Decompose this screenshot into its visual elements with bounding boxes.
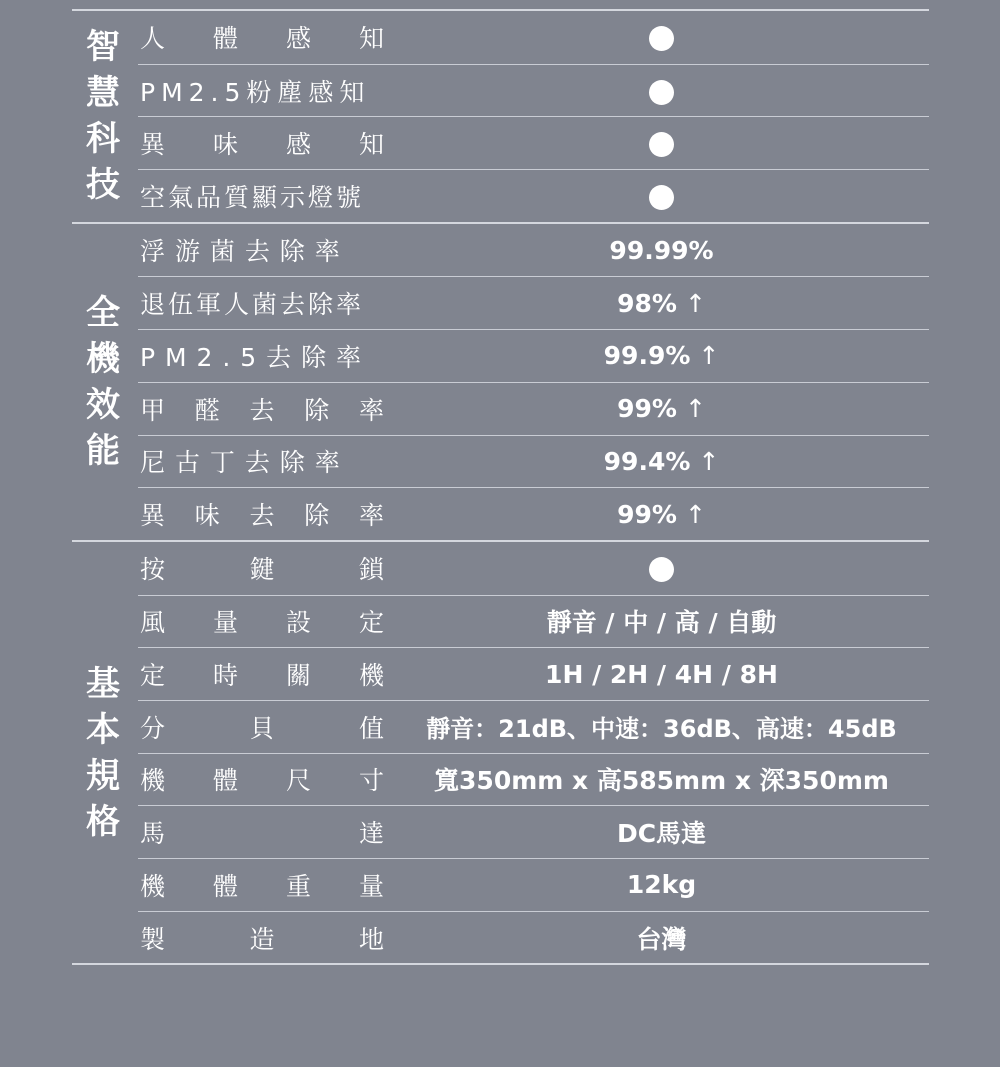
table-row: 風 量 設 定 靜音 / 中 / 高 / 自動 — [138, 595, 929, 648]
table-row: 分 貝 值 靜音：21dB、中速：36dB、高速：45dB — [138, 700, 929, 753]
section-basic-specs: 基 本 規 格 按 鍵 鎖 風 量 設 定 靜音 / 中 — [72, 542, 929, 966]
row-label: 異 味 去 除 率 — [138, 496, 384, 532]
section-performance: 全 機 效 能 浮 游 菌 去 除 率 99.99% 退伍軍人菌去除率 98%↑… — [72, 224, 929, 542]
row-label: 浮 游 菌 去 除 率 — [138, 232, 384, 268]
row-label: 定 時 關 機 — [138, 656, 384, 692]
row-value: 1H / 2H / 4H / 8H — [384, 660, 929, 689]
arrow-up-icon: ↑ — [685, 289, 706, 318]
row-value — [384, 76, 929, 105]
row-label: 尼 古 丁 去 除 率 — [138, 443, 384, 479]
supported-dot-icon — [649, 132, 674, 157]
supported-dot-icon — [649, 185, 674, 210]
arrow-up-icon: ↑ — [698, 341, 719, 370]
table-row: 尼 古 丁 去 除 率 99.4%↑ — [138, 435, 929, 488]
row-label: 空氣品質顯示燈號 — [138, 178, 384, 214]
row-value: 12kg — [384, 870, 929, 899]
supported-dot-icon — [649, 26, 674, 51]
section-title: 全 機 效 能 — [72, 224, 138, 540]
row-value: 99.4%↑ — [384, 447, 929, 476]
row-label: P M 2 . 5 去 除 率 — [138, 338, 384, 374]
supported-dot-icon — [649, 80, 674, 105]
arrow-up-icon: ↑ — [685, 394, 706, 423]
row-label: 按 鍵 鎖 — [138, 550, 384, 586]
table-row: 異 味 感 知 — [138, 116, 929, 169]
row-value — [384, 23, 929, 52]
table-row: 製 造 地 台灣 — [138, 911, 929, 964]
spec-table: 智 慧 科 技 人 體 感 知 PM2.5粉塵感知 異 — [72, 9, 929, 965]
table-row: 空氣品質顯示燈號 — [138, 169, 929, 222]
row-label: 馬 達 — [138, 814, 384, 850]
row-value: 寬350mm x 高585mm x 深350mm — [384, 761, 929, 797]
row-value: 99.99% — [384, 236, 929, 265]
row-value — [384, 129, 929, 158]
section-rows: 浮 游 菌 去 除 率 99.99% 退伍軍人菌去除率 98%↑ P M 2 .… — [138, 224, 929, 540]
table-row: 定 時 關 機 1H / 2H / 4H / 8H — [138, 647, 929, 700]
row-label: 甲 醛 去 除 率 — [138, 391, 384, 427]
row-label: 分 貝 值 — [138, 709, 384, 745]
row-value — [384, 554, 929, 583]
table-row: 馬 達 DC馬達 — [138, 805, 929, 858]
row-value: 靜音 / 中 / 高 / 自動 — [384, 603, 929, 639]
section-rows: 人 體 感 知 PM2.5粉塵感知 異 味 感 知 — [138, 11, 929, 222]
row-label: 退伍軍人菌去除率 — [138, 285, 384, 321]
row-value: 99.9%↑ — [384, 341, 929, 370]
row-label: PM2.5粉塵感知 — [138, 73, 384, 109]
row-label: 異 味 感 知 — [138, 125, 384, 161]
section-title: 智 慧 科 技 — [72, 11, 138, 222]
row-value: 99%↑ — [384, 394, 929, 423]
row-label: 人 體 感 知 — [138, 19, 384, 55]
row-value: 99%↑ — [384, 500, 929, 529]
section-rows: 按 鍵 鎖 風 量 設 定 靜音 / 中 / 高 / 自動 定 時 — [138, 542, 929, 964]
table-row: PM2.5粉塵感知 — [138, 64, 929, 117]
section-title: 基 本 規 格 — [72, 542, 138, 964]
row-value: 台灣 — [384, 920, 929, 956]
table-row: 退伍軍人菌去除率 98%↑ — [138, 276, 929, 329]
row-label: 機 體 尺 寸 — [138, 761, 384, 797]
table-row: P M 2 . 5 去 除 率 99.9%↑ — [138, 329, 929, 382]
row-label: 風 量 設 定 — [138, 603, 384, 639]
table-row: 機 體 重 量 12kg — [138, 858, 929, 911]
table-row: 甲 醛 去 除 率 99%↑ — [138, 382, 929, 435]
table-row: 人 體 感 知 — [138, 11, 929, 64]
row-value — [384, 181, 929, 210]
arrow-up-icon: ↑ — [698, 447, 719, 476]
row-label: 製 造 地 — [138, 920, 384, 956]
table-row: 異 味 去 除 率 99%↑ — [138, 487, 929, 540]
table-row: 按 鍵 鎖 — [138, 542, 929, 595]
row-label: 機 體 重 量 — [138, 867, 384, 903]
section-smart-tech: 智 慧 科 技 人 體 感 知 PM2.5粉塵感知 異 — [72, 11, 929, 224]
row-value: 98%↑ — [384, 289, 929, 318]
arrow-up-icon: ↑ — [685, 500, 706, 529]
row-value: DC馬達 — [384, 814, 929, 850]
table-row: 浮 游 菌 去 除 率 99.99% — [138, 224, 929, 277]
supported-dot-icon — [649, 557, 674, 582]
table-row: 機 體 尺 寸 寬350mm x 高585mm x 深350mm — [138, 753, 929, 806]
row-value: 靜音：21dB、中速：36dB、高速：45dB — [384, 709, 929, 744]
